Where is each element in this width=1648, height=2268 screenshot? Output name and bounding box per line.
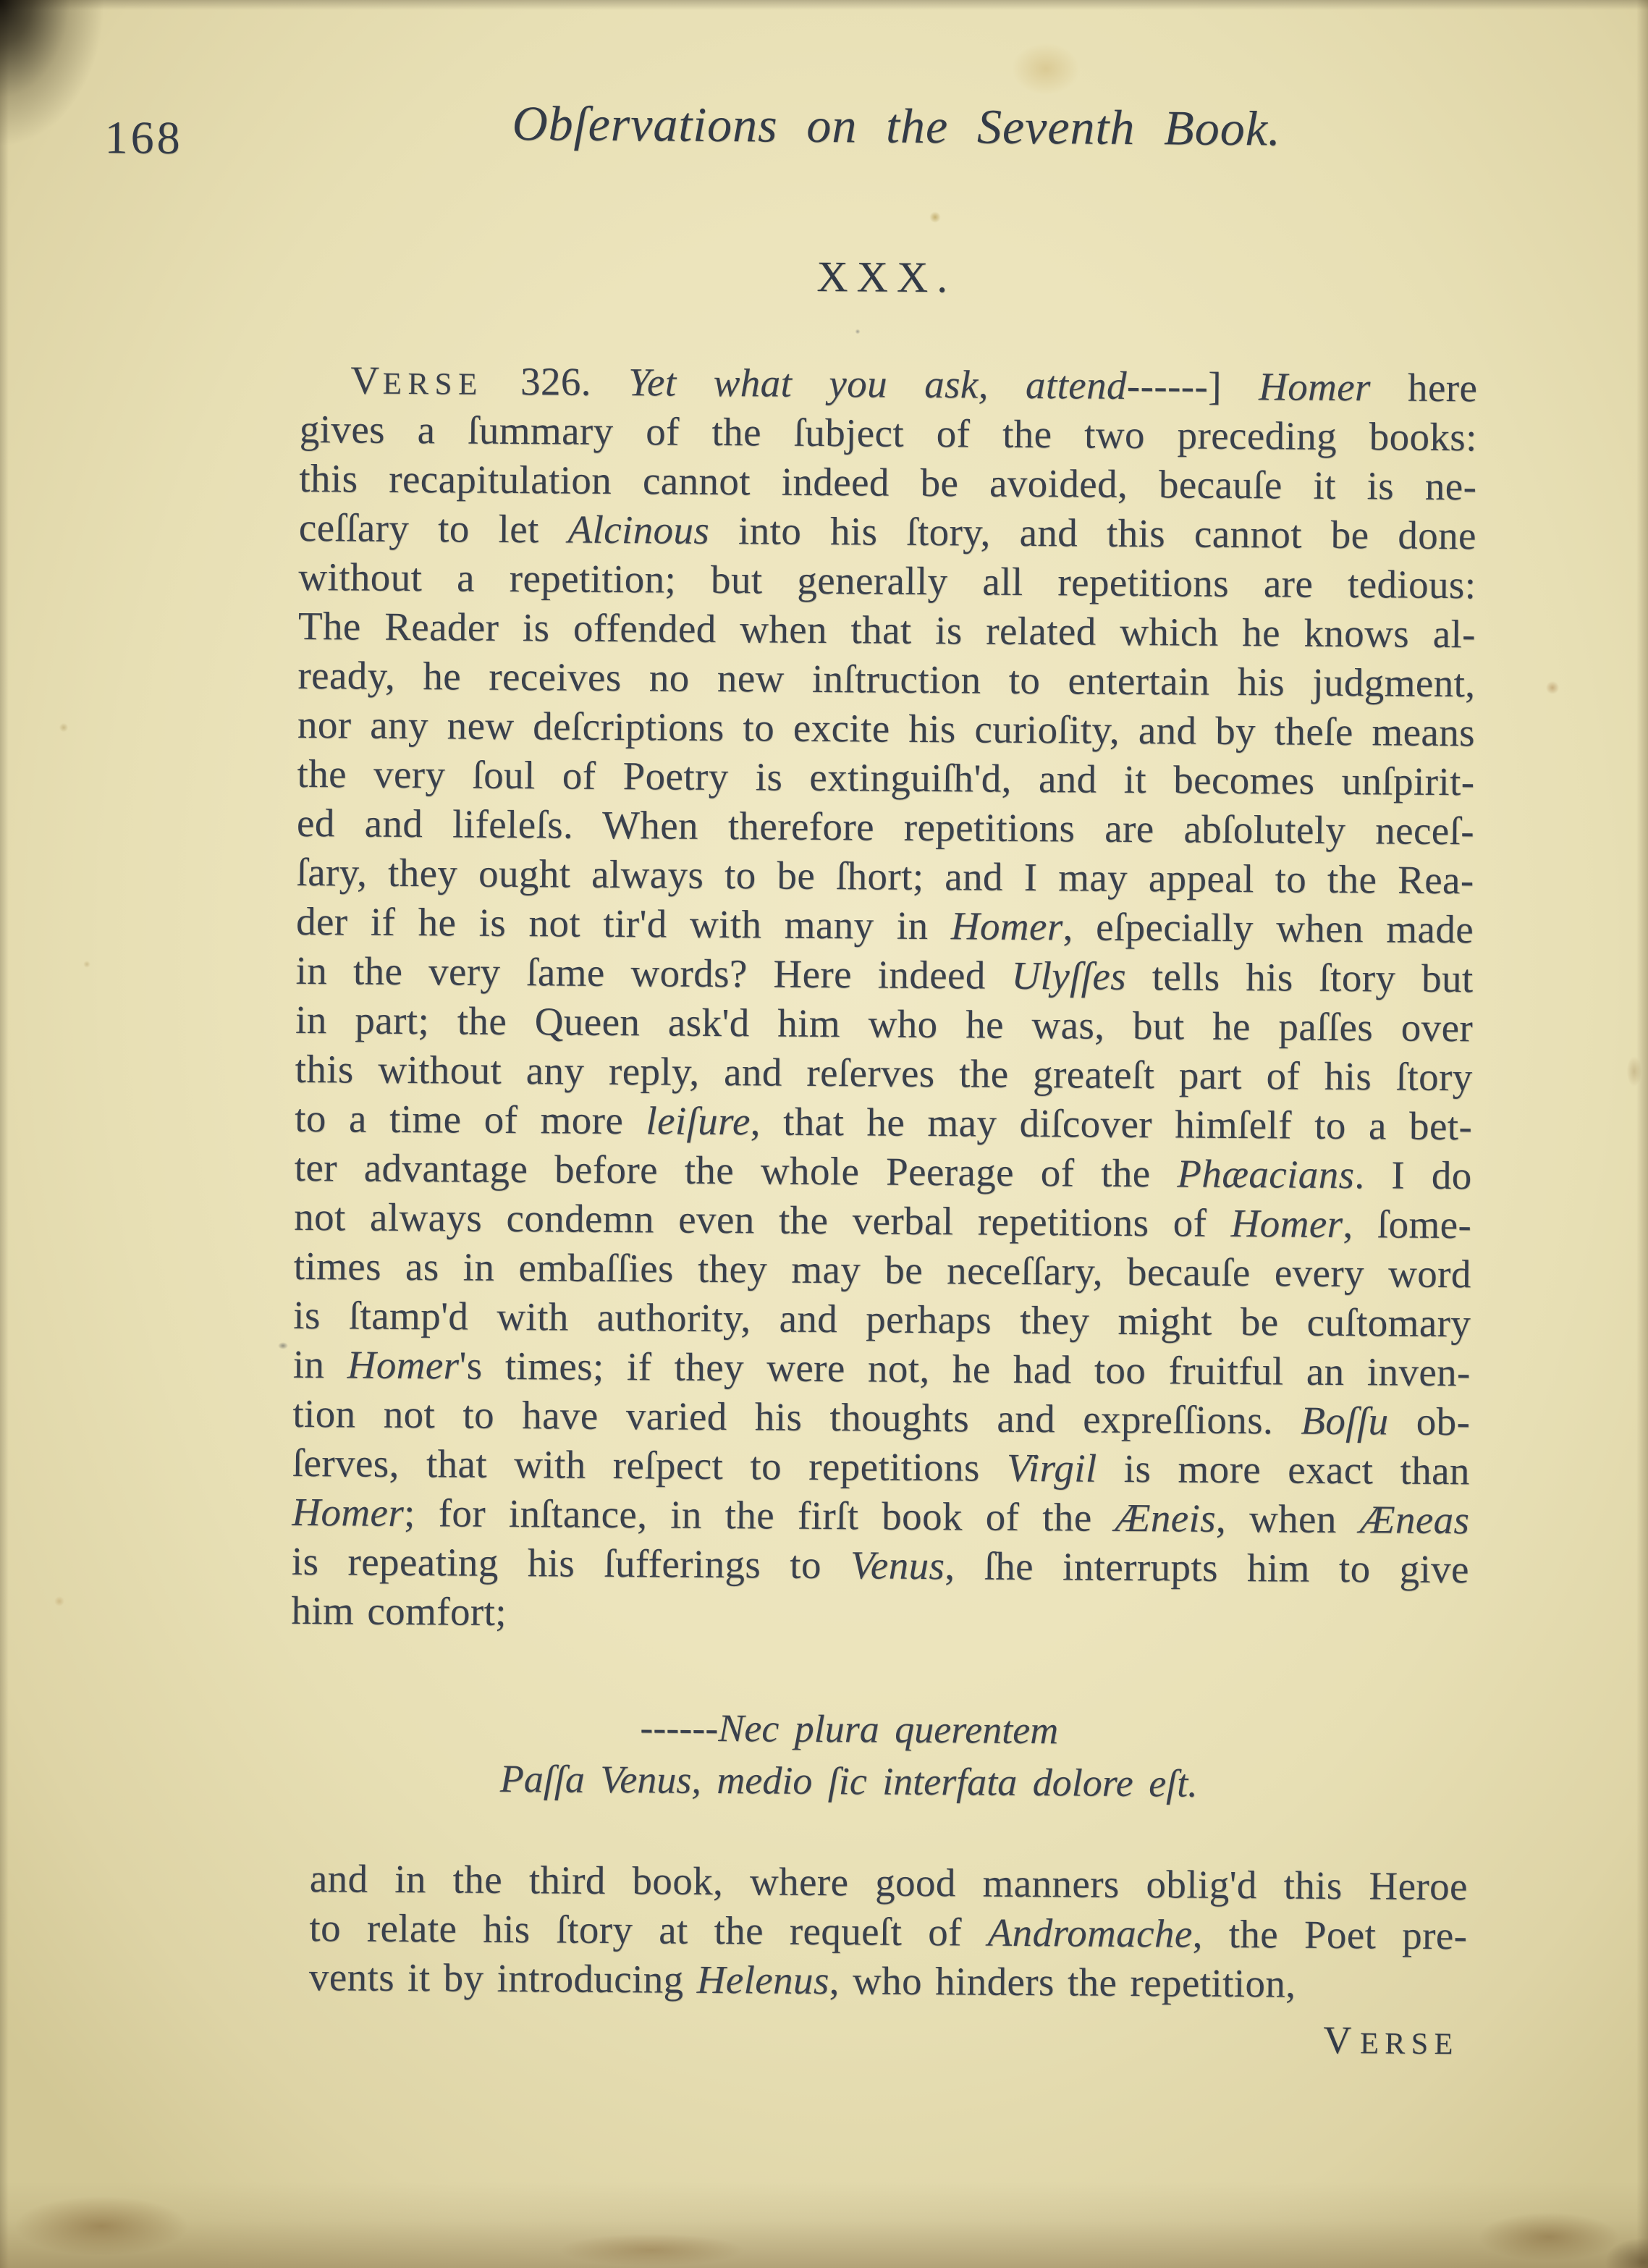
- text-line: and in the third book, where good manner…: [310, 1854, 1468, 1911]
- text-line: tion not to have varied his thoughts and…: [292, 1389, 1470, 1446]
- section-heading: XXX.: [298, 248, 1474, 306]
- catchword: VERSE: [1323, 2018, 1459, 2063]
- paragraph-verse-326-note: VERSE 326. Yet what you ask, attend-----…: [291, 355, 1477, 1643]
- text-line: this recapitulation cannot indeed be avo…: [299, 454, 1476, 511]
- text-line: ------Nec plura querentem: [292, 1699, 1406, 1759]
- text-line: ed and lifeleſs. When therefore repetiti…: [297, 798, 1474, 856]
- text-line: nor any new deſcriptions to excite his c…: [297, 700, 1475, 757]
- text-line: not always condemn even the verbal repet…: [294, 1192, 1471, 1249]
- text-line: in part; the Queen ask'd him who he was,…: [295, 995, 1473, 1053]
- page-content: 168 Obſervations on the Seventh Book. XX…: [0, 0, 1648, 2268]
- paragraph-continuation: and in the third book, where good manner…: [309, 1854, 1468, 2010]
- page-number: 168: [104, 111, 183, 165]
- text-line: ready, he receives no new inſtruction to…: [297, 651, 1475, 708]
- text-line: is ſtamp'd with authority, and perhaps t…: [293, 1291, 1471, 1348]
- text-line: VERSE 326. Yet what you ask, attend-----…: [300, 355, 1477, 413]
- text-line: Homer; for inſtance, in the firſt book o…: [292, 1488, 1469, 1545]
- text-line: The Reader is offended when that is rela…: [298, 602, 1476, 659]
- text-line: without a repetition; but generally all …: [298, 552, 1476, 610]
- text-line: Paſſa Venus, medio ſic interfata dolore …: [292, 1751, 1406, 1811]
- text-line: in Homer's times; if they were not, he h…: [293, 1340, 1471, 1397]
- text-line: to a time of more leiſure, that he may d…: [295, 1094, 1472, 1151]
- text-line: is repeating his ſufferings to Venus, ſh…: [292, 1537, 1469, 1594]
- text-line: ſerves, that with reſpect to repetitions…: [292, 1438, 1470, 1496]
- text-line: to relate his ſtory at the requeſt of An…: [309, 1903, 1467, 1960]
- text-line: in the very ſame words? Here indeed Ulyſ…: [295, 946, 1473, 1003]
- text-line: him comfort;: [291, 1586, 1469, 1643]
- text-line: times as in embaſſies they may be neceſſ…: [294, 1242, 1471, 1299]
- latin-quotation: ------Nec plura querentemPaſſa Venus, me…: [292, 1699, 1407, 1811]
- book-page-scan: 168 Obſervations on the Seventh Book. XX…: [0, 0, 1648, 2268]
- text-line: ſary, they ought always to be ſhort; and…: [296, 848, 1474, 905]
- running-head: Obſervations on the Seventh Book.: [216, 93, 1578, 159]
- text-line: gives a ſummary of the ſubject of the tw…: [300, 405, 1477, 462]
- text-line: der if he is not tir'd with many in Home…: [296, 897, 1474, 954]
- text-line: ceſſary to let Alcinous into his ſtory, …: [299, 503, 1476, 560]
- text-line: vents it by introducing Helenus, who hin…: [309, 1952, 1467, 2010]
- text-line: this without any reply, and reſerves the…: [295, 1045, 1472, 1102]
- text-line: the very ſoul of Poetry is extinguiſh'd,…: [297, 749, 1474, 806]
- text-line: ter advantage before the whole Peerage o…: [294, 1143, 1471, 1200]
